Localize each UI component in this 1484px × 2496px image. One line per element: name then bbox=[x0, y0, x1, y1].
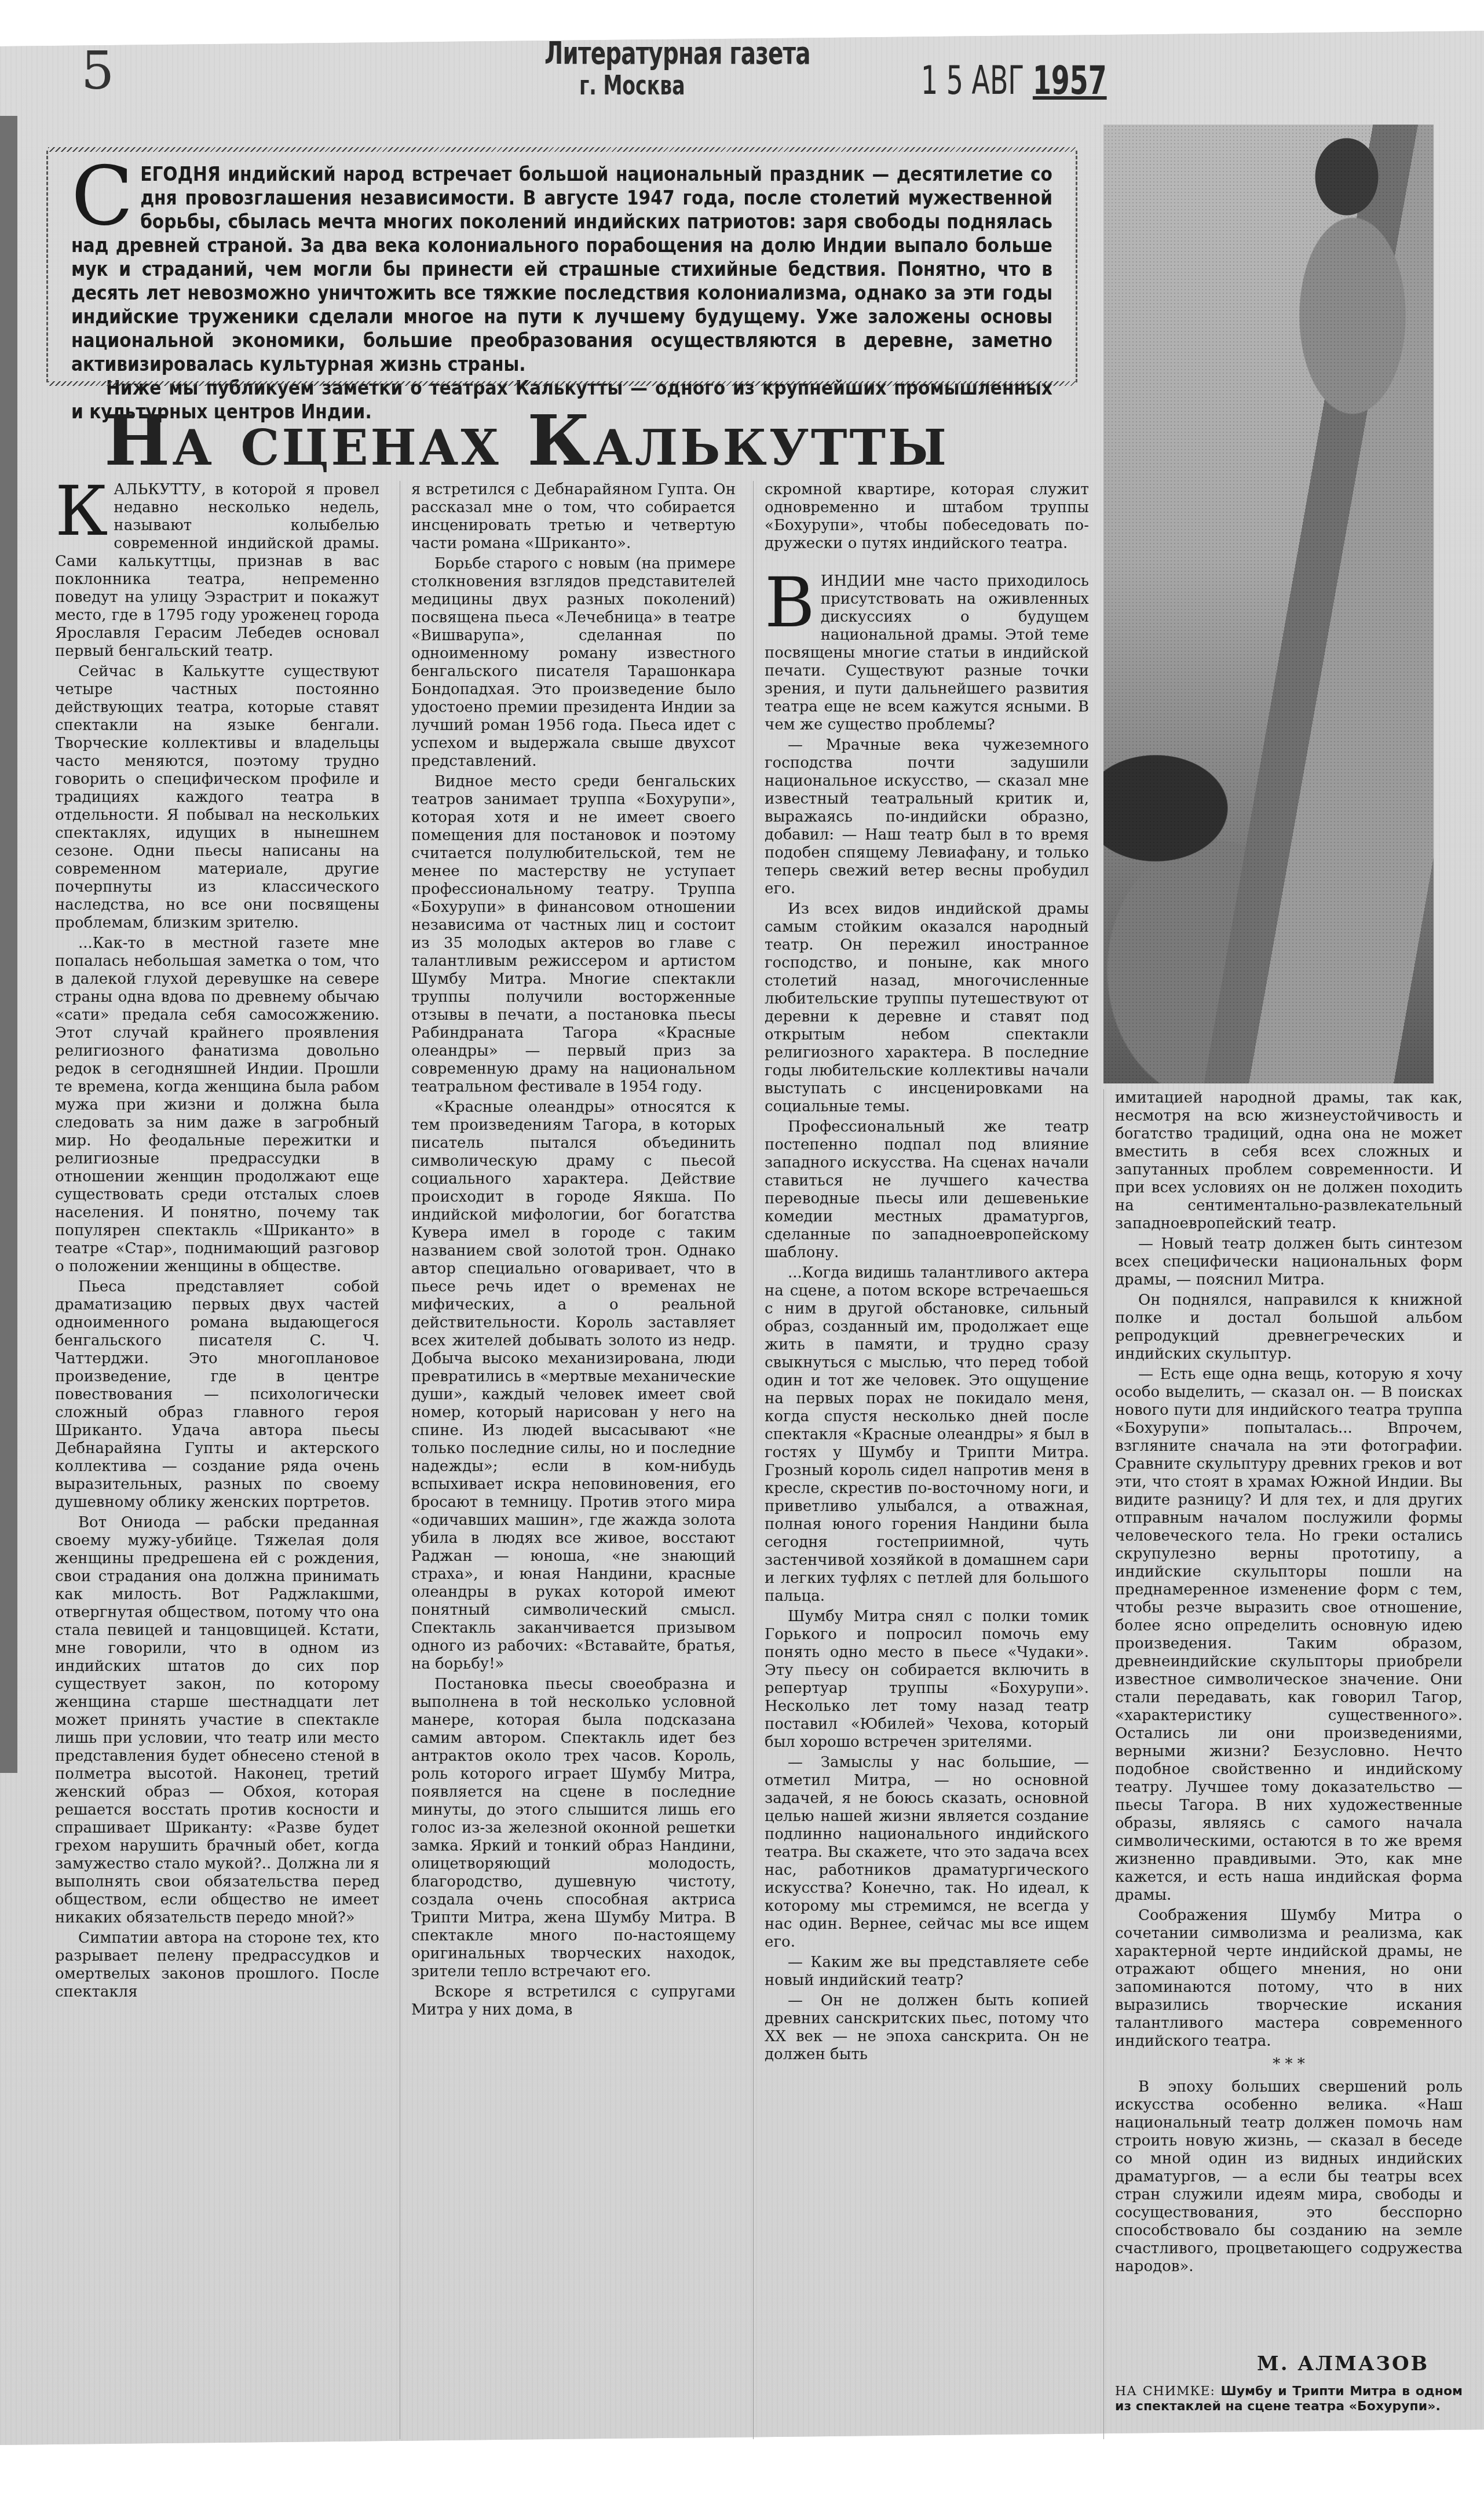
paragraph: Сейчас в Калькутте существуют четыре час… bbox=[55, 663, 379, 932]
date-stamp: 1 5 АВГ 1957 bbox=[921, 58, 1107, 104]
paragraph: «Красные олеандры» относятся к тем произ… bbox=[411, 1099, 736, 1673]
paragraph: ...Как-то в местной газете мне попалась … bbox=[55, 935, 379, 1276]
paragraph: ...Когда видишь талантливого актера на с… bbox=[765, 1264, 1089, 1605]
paragraph: В эпоху больших свершений роль искусства… bbox=[1115, 2078, 1463, 2276]
paragraph: Пьеса представляет собой драматизацию пе… bbox=[55, 1278, 379, 1512]
paragraph: — Новый театр должен быть синтезом всех … bbox=[1115, 1235, 1463, 1289]
paragraph: Он поднялся, направился к книжной полке … bbox=[1115, 1291, 1463, 1363]
handwritten-mark: 5 bbox=[81, 41, 114, 101]
paragraph: Вот Ониода — рабски преданная своему муж… bbox=[55, 1514, 379, 1927]
date-day-month: 1 5 АВГ bbox=[921, 58, 1024, 104]
paragraph: Борьбе старого с новым (на примере столк… bbox=[411, 555, 736, 771]
intro-paragraph: ЕГОДНЯ индийский народ встречает большой… bbox=[71, 162, 1052, 376]
intro-box: С ЕГОДНЯ индийский народ встречает больш… bbox=[46, 151, 1077, 382]
paragraph: имитацией народной драмы, так как, несмо… bbox=[1115, 1089, 1463, 1233]
paragraph: — Есть еще одна вещь, которую я хочу осо… bbox=[1115, 1366, 1463, 1904]
article-photo bbox=[1103, 125, 1434, 1083]
article-column-1: К АЛЬКУТТУ, в которой я провел недавно н… bbox=[55, 481, 379, 2004]
city-stamp: г. Москва bbox=[579, 70, 685, 101]
newspaper-name-stamp: Литературная газета bbox=[544, 35, 810, 71]
paragraph: Симпатии автора на стороне тех, кто разр… bbox=[55, 1929, 379, 2001]
scan-edge bbox=[0, 116, 17, 1773]
paragraph: Постановка пьесы своеобразна и выполнена… bbox=[411, 1676, 736, 1981]
paragraph: Профессиональный же театр постепенно под… bbox=[765, 1118, 1089, 1262]
asterism-divider: * * * bbox=[1115, 2059, 1463, 2070]
article-column-3: скромной квартире, которая служит одновр… bbox=[765, 481, 1089, 2066]
paragraph: — Замыслы у нас большие, — отметил Митра… bbox=[765, 1754, 1089, 1951]
paragraph: — Каким же вы представляете себе новый и… bbox=[765, 1954, 1089, 1990]
paragraph: — Мрачные века чужеземного господства по… bbox=[765, 736, 1089, 898]
paragraph: — Он не должен быть копией древних санск… bbox=[765, 1992, 1089, 2064]
column-divider bbox=[400, 481, 400, 2439]
paragraph: Из всех видов индийской драмы самым стой… bbox=[765, 900, 1089, 1116]
paragraph: Вскоре я встретился с супругами Митра у … bbox=[411, 1983, 736, 2019]
paragraph: Шумбу Митра снял с полки томик Горького … bbox=[765, 1608, 1089, 1751]
paragraph: скромной квартире, которая служит одновр… bbox=[765, 481, 1089, 553]
author-signature: М. АЛМАЗОВ bbox=[1257, 2352, 1429, 2375]
column-divider bbox=[753, 481, 754, 2439]
paragraph: Соображения Шумбу Митра о сочетании симв… bbox=[1115, 1907, 1463, 2050]
paragraph: Видное место среди бенгальских театров з… bbox=[411, 773, 736, 1096]
section-dropcap: В bbox=[765, 575, 815, 630]
article-headline: На сценах Калькутты bbox=[104, 400, 1089, 481]
photo-caption: НА СНИМКЕ: Шумбу и Трипти Митра в одном … bbox=[1115, 2384, 1463, 2414]
intro-dropcap: С bbox=[71, 162, 133, 232]
caption-lead: НА СНИМКЕ: bbox=[1115, 2384, 1215, 2399]
date-year: 1957 bbox=[1033, 58, 1107, 104]
article-column-2: я встретился с Дебнарайяном Гупта. Он ра… bbox=[411, 481, 736, 2021]
article-column-4: имитацией народной драмы, так как, несмо… bbox=[1115, 1089, 1463, 2278]
article-dropcap: К bbox=[55, 483, 108, 539]
column-divider bbox=[1103, 1089, 1104, 2439]
paragraph: я встретился с Дебнарайяном Гупта. Он ра… bbox=[411, 481, 736, 553]
